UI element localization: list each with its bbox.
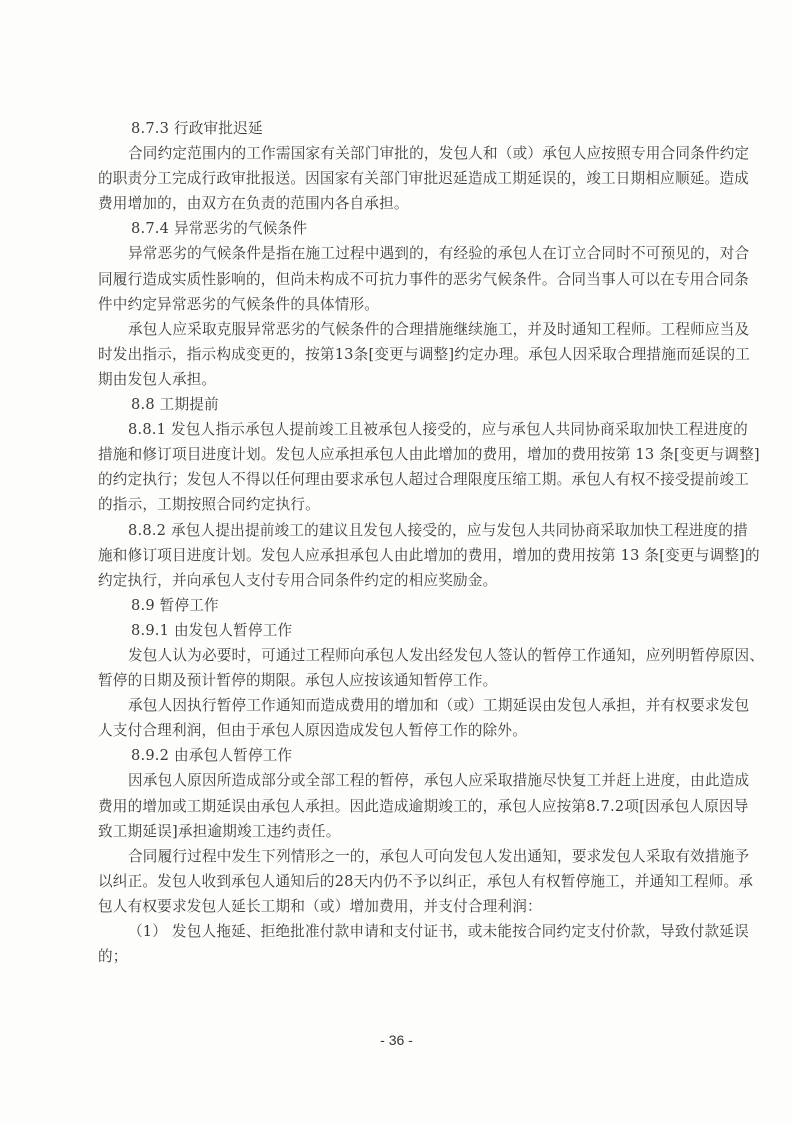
paragraph-first-line: 合同履行过程中发生下列情形之一的，承包人可向发包人发出通知，要求发包人采取有效措…: [98, 844, 696, 869]
paragraph-last-line: 包人有权要求发包人延长工期和（或）增加费用，并支付合理利润：: [98, 894, 696, 919]
paragraph-line: 的职责分工完成行政审批报送。因国家有关部门审批迟延造成工期延误的，竣工日期相应顺…: [98, 166, 696, 191]
paragraph-first-line: 发包人认为必要时，可通过工程师向承包人发出经发包人签认的暂停工作通知，应列明暂停…: [98, 643, 696, 668]
paragraph-line: 时发出指示，指示构成变更的，按第13条[变更与调整]约定办理。承包人因采取合理措…: [98, 342, 696, 367]
paragraph-first-line: 承包人应采取克服异常恶劣的气候条件的合理措施继续施工，并及时通知工程师。工程师应…: [98, 317, 696, 342]
section-heading: 8.7.4 异常恶劣的气候条件: [98, 216, 696, 241]
paragraph-first-line: 异常恶劣的气候条件是指在施工过程中遇到的，有经验的承包人在订立合同时不可预见的，…: [98, 241, 696, 266]
paragraph-last-line: 费用增加的，由双方在负责的范围内各自承担。: [98, 191, 696, 216]
paragraph-last-line: 约定执行，并向承包人支付专用合同条件约定的相应奖励金。: [98, 568, 696, 593]
section-heading: 8.8 工期提前: [98, 392, 696, 417]
paragraph-first-line: （1） 发包人拖延、拒绝批准付款申请和支付证书，或未能按合同约定支付价款，导致付…: [98, 919, 696, 944]
document-page-body: 8.7.3 行政审批迟延合同约定范围内的工作需国家有关部门审批的，发包人和（或）…: [98, 116, 696, 969]
paragraph-line: 措施和修订项目进度计划。发包人应承担承包人由此增加的费用，增加的费用按第 13 …: [98, 442, 696, 467]
paragraph-last-line: 致工期延误]承担逾期竣工违约责任。: [98, 819, 696, 844]
paragraph-line: 费用的增加或工期延误由承包人承担。因此造成逾期竣工的，承包人应按第8.7.2项[…: [98, 794, 696, 819]
paragraph-first-line: 因承包人原因所造成部分或全部工程的暂停，承包人应采取措施尽快复工并赶上进度，由此…: [98, 768, 696, 793]
paragraph-line: 施和修订项目进度计划。发包人应承担承包人由此增加的费用，增加的费用按第 13 条…: [98, 543, 696, 568]
paragraph-last-line: 暂停的日期及预计暂停的期限。承包人应按该通知暂停工作。: [98, 668, 696, 693]
paragraph-line: 以纠正。发包人收到承包人通知后的28天内仍不予以纠正，承包人有权暂停施工，并通知…: [98, 869, 696, 894]
paragraph-first-line: 8.8.2 承包人提出提前竣工的建议且发包人接受的，应与发包人共同协商采取加快工…: [98, 518, 696, 543]
section-heading: 8.9 暂停工作: [98, 593, 696, 618]
section-heading: 8.7.3 行政审批迟延: [98, 116, 696, 141]
paragraph-last-line: 的指示，工期按照合同约定执行。: [98, 492, 696, 517]
page-number: - 36 -: [0, 1032, 793, 1048]
paragraph-last-line: 人支付合理利润，但由于承包人原因造成发包人暂停工作的除外。: [98, 718, 696, 743]
paragraph-first-line: 承包人因执行暂停工作通知而造成费用的增加和（或）工期延误由发包人承担，并有权要求…: [98, 693, 696, 718]
paragraph-last-line: 件中约定异常恶劣的气候条件的具体情形。: [98, 292, 696, 317]
paragraph-first-line: 合同约定范围内的工作需国家有关部门审批的，发包人和（或）承包人应按照专用合同条件…: [98, 141, 696, 166]
paragraph-last-line: 期由发包人承担。: [98, 367, 696, 392]
section-heading: 8.9.1 由发包人暂停工作: [98, 618, 696, 643]
paragraph-last-line: 的；: [98, 944, 696, 969]
paragraph-line: 的约定执行；发包人不得以任何理由要求承包人超过合理限度压缩工期。承包人有权不接受…: [98, 467, 696, 492]
paragraph-first-line: 8.8.1 发包人指示承包人提前竣工且被承包人接受的，应与承包人共同协商采取加快…: [98, 417, 696, 442]
section-heading: 8.9.2 由承包人暂停工作: [98, 743, 696, 768]
paragraph-line: 同履行造成实质性影响的，但尚未构成不可抗力事件的恶劣气候条件。合同当事人可以在专…: [98, 267, 696, 292]
